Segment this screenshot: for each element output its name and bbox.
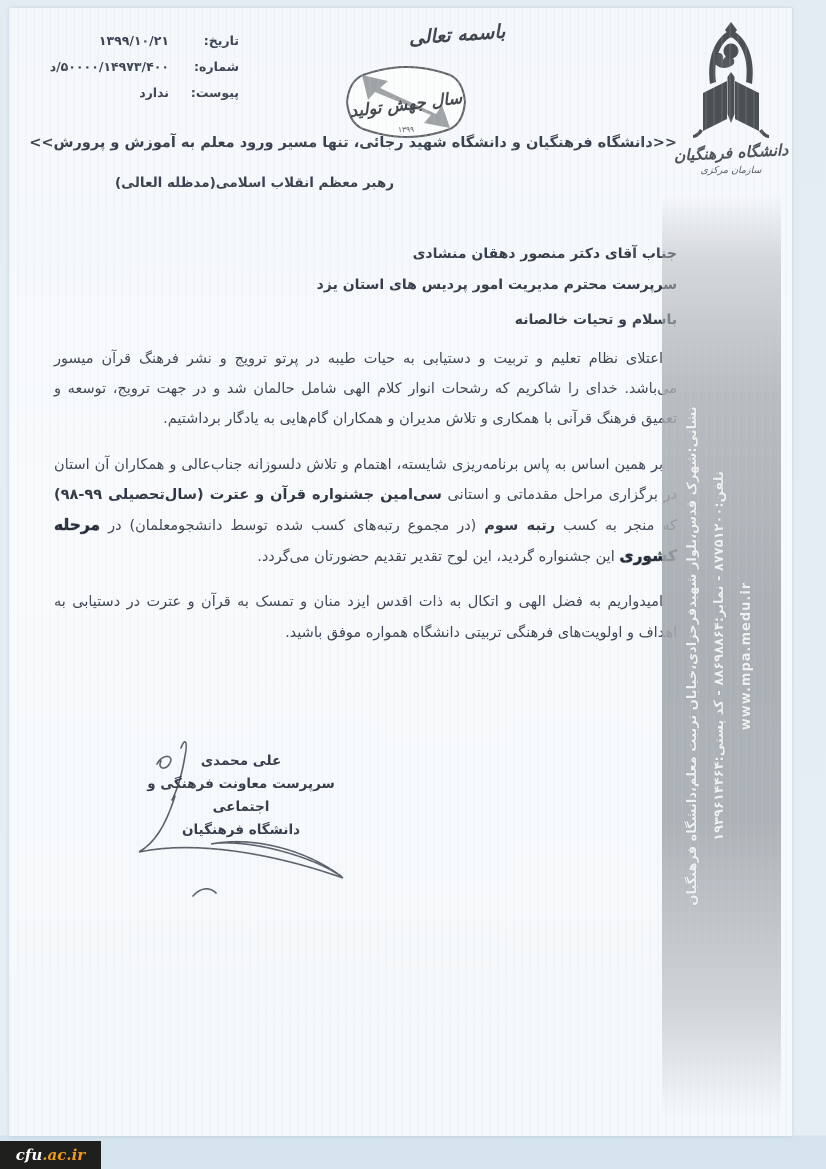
contact-info-text: نشانی:شهرک قدس،بلوار شهیدفرحزادی،خیابان … (679, 194, 765, 1118)
number-row: شماره: ۵۰۰۰۰/۱۴۹۷۳/۴۰۰/د (27, 54, 239, 80)
date-value: ۱۳۹۹/۱۰/۲۱ (27, 28, 183, 54)
production-leap-stamp: سال جهش تولید ۱۳۹۹ (342, 62, 470, 144)
paragraph-2: بر همین اساس به پاس برنامه‌ریزی شایسته، … (54, 450, 677, 573)
logo-subtitle: سازمان مرکزی (667, 165, 795, 176)
date-label: تاریخ: (183, 28, 239, 54)
recipient-block: جناب آقای دکتر منصور دهقان منشادی سرپرست… (317, 239, 677, 336)
recipient-title: سرپرست محترم مدیریت امور پردیس های استان… (317, 270, 677, 301)
paragraph-1: اعتلای نظام تعلیم و تربیت و دستیابی به ح… (54, 344, 677, 435)
signatory-org: دانشگاه فرهنگیان (135, 819, 347, 842)
number-label: شماره: (183, 54, 239, 80)
salutation: باسلام و تحیات خالصانه (317, 305, 677, 336)
contact-info-band: نشانی:شهرک قدس،بلوار شهیدفرحزادی،خیابان … (662, 194, 781, 1118)
slogan-attribution: رهبر معظم انقلاب اسلامی(مدظله العالی) (115, 175, 394, 191)
attachment-row: پیوست: ندارد (27, 80, 239, 106)
stamp-cartouche-icon: سال جهش تولید ۱۳۹۹ (342, 62, 470, 144)
sidebar-address: نشانی:شهرک قدس،بلوار شهیدفرحزادی،خیابان … (679, 194, 706, 1118)
recipient-name: جناب آقای دکتر منصور دهقان منشادی (317, 239, 677, 270)
letter-paper: تاریخ: ۱۳۹۹/۱۰/۲۱ شماره: ۵۰۰۰۰/۱۴۹۷۳/۴۰۰… (9, 8, 792, 1136)
watermark-domain: .ac.ir (42, 1146, 85, 1164)
university-logo: دانشگاه فرهنگیان سازمان مرکزی (667, 20, 795, 176)
signature-block: علی محمدی سرپرست معاونت فرهنگی و اجتماعی… (135, 750, 347, 842)
header-meta: تاریخ: ۱۳۹۹/۱۰/۲۱ شماره: ۵۰۰۰۰/۱۴۹۷۳/۴۰۰… (27, 28, 239, 106)
letter-body: اعتلای نظام تعلیم و تربیت و دستیابی به ح… (54, 344, 677, 663)
attachment-label: پیوست: (183, 80, 239, 106)
scanned-letter-page: { "header": { "bismillah": "باسمه تعالی"… (0, 0, 826, 1169)
cfu-watermark: cfu.ac.ir (0, 1141, 101, 1169)
paragraph-3: امیدواریم به فضل الهی و اتکال به ذات اقد… (54, 587, 677, 647)
signatory-name: علی محمدی (135, 750, 347, 773)
university-emblem-icon (685, 20, 777, 142)
number-value: ۵۰۰۰۰/۱۴۹۷۳/۴۰۰/د (27, 54, 183, 80)
watermark-prefix: cfu (16, 1146, 43, 1164)
attachment-value: ندارد (27, 80, 183, 106)
svg-text:۱۳۹۹: ۱۳۹۹ (398, 125, 414, 134)
date-row: تاریخ: ۱۳۹۹/۱۰/۲۱ (27, 28, 239, 54)
letterhead-slogan: <<دانشگاه فرهنگیان و دانشگاه شهید رجائی،… (29, 135, 677, 151)
sidebar-phone: تلفن:۸۷۷۵۱۲۰۰ - نمابر:۸۸۶۹۸۸۶۴ - کد پستی… (706, 194, 733, 1118)
sidebar-website: www.mpa.medu.ir (733, 194, 760, 1118)
logo-title: دانشگاه فرهنگیان (667, 141, 796, 166)
bismillah-text: باسمه تعالی (386, 19, 527, 51)
signatory-title: سرپرست معاونت فرهنگی و اجتماعی (135, 773, 347, 819)
